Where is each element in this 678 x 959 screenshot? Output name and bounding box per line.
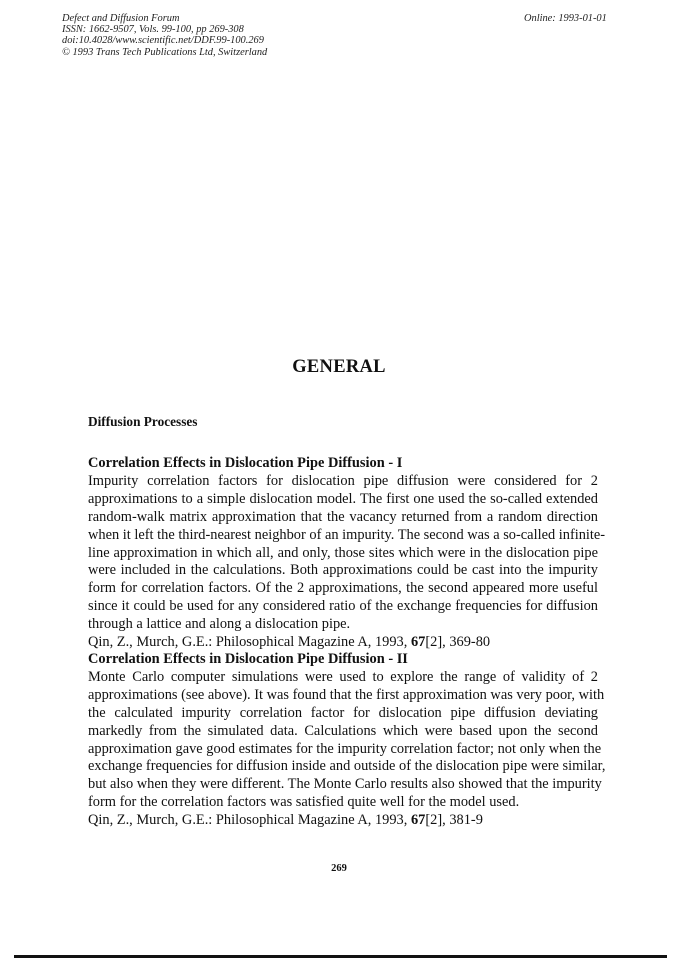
body-line: when it left the third-nearest neighbor … (88, 527, 598, 545)
body-line: line approximation in which all, and onl… (88, 545, 598, 563)
citation-volume: 67 (411, 634, 425, 650)
footer-rule (14, 955, 667, 958)
body-line: exchange frequencies for diffusion insid… (88, 758, 598, 776)
article-title: Correlation Effects in Dislocation Pipe … (88, 651, 598, 669)
article-abstract-2: Correlation Effects in Dislocation Pipe … (88, 651, 598, 830)
citation: Qin, Z., Murch, G.E.: Philosophical Maga… (88, 812, 598, 830)
body-line: since it could be used for any considere… (88, 598, 598, 616)
article-body: Impurity correlation factors for disloca… (88, 473, 598, 634)
body-line: were included in the calculations. Both … (88, 562, 598, 580)
body-line: Monte Carlo computer simulations were us… (88, 669, 598, 687)
citation-authors-journal: Qin, Z., Murch, G.E.: Philosophical Maga… (88, 634, 411, 650)
body-line: through a lattice and along a dislocatio… (88, 616, 598, 634)
citation-issue-pages: [2], 381-9 (425, 812, 483, 828)
article-title: Correlation Effects in Dislocation Pipe … (88, 455, 598, 473)
body-line: Impurity correlation factors for disloca… (88, 473, 598, 491)
citation: Qin, Z., Murch, G.E.: Philosophical Maga… (88, 634, 598, 652)
body-line: approximations (see above). It was found… (88, 687, 598, 705)
citation-volume: 67 (411, 812, 425, 828)
journal-name: Defect and Diffusion Forum (62, 13, 267, 24)
page-number: 269 (0, 863, 678, 874)
online-date: Online: 1993-01-01 (524, 13, 607, 24)
citation-authors-journal: Qin, Z., Murch, G.E.: Philosophical Maga… (88, 812, 411, 828)
article-body: Monte Carlo computer simulations were us… (88, 669, 598, 812)
doi: doi:10.4028/www.scientific.net/DDF.99-10… (62, 35, 267, 46)
body-line: the calculated impurity correlation fact… (88, 705, 598, 723)
article-abstract-1: Correlation Effects in Dislocation Pipe … (88, 455, 598, 652)
journal-header: Defect and Diffusion Forum ISSN: 1662-95… (62, 13, 267, 58)
issn-volume-pages: ISSN: 1662-9507, Vols. 99-100, pp 269-30… (62, 24, 267, 35)
body-line: form for correlation factors. Of the 2 a… (88, 580, 598, 598)
body-line: random-walk matrix approximation that th… (88, 509, 598, 527)
body-line: approximation gave good estimates for th… (88, 741, 598, 759)
body-line: markedly from the simulated data. Calcul… (88, 723, 598, 741)
copyright: © 1993 Trans Tech Publications Ltd, Swit… (62, 47, 267, 58)
subsection-title: Diffusion Processes (88, 414, 197, 430)
body-line: approximations to a simple dislocation m… (88, 491, 598, 509)
body-line: form for the correlation factors was sat… (88, 794, 598, 812)
citation-issue-pages: [2], 369-80 (425, 634, 490, 650)
body-line: but also when they were different. The M… (88, 776, 598, 794)
section-title: GENERAL (0, 357, 678, 378)
